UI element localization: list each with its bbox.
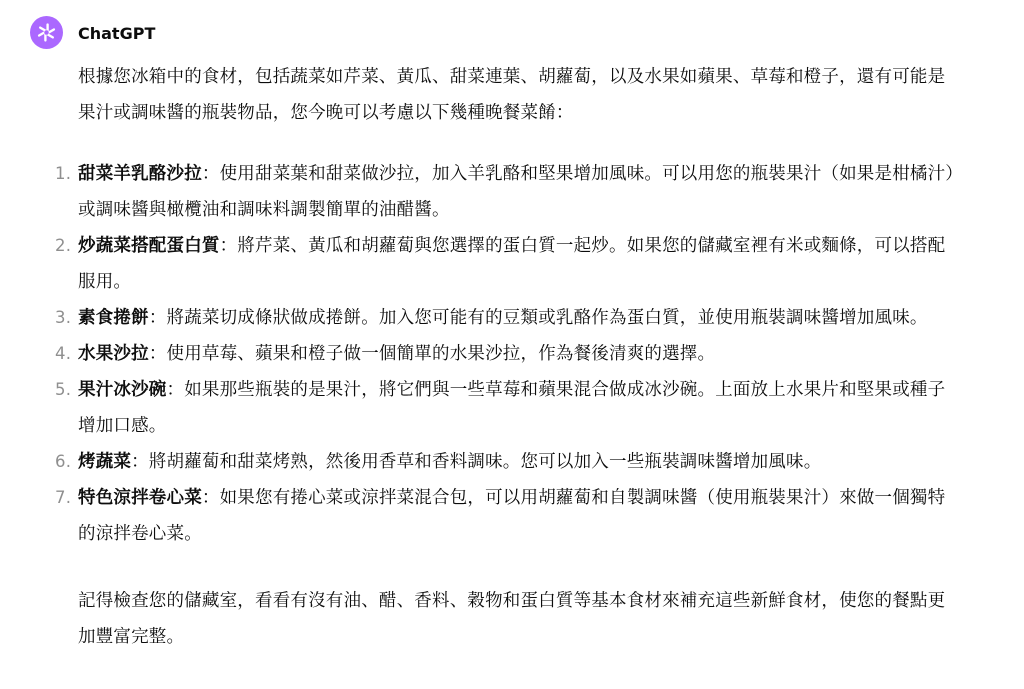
item-body: ：使用甜菜葉和甜菜做沙拉，加入羊乳酪和堅果增加風味。可以用您的瓶裝果汁（如果是柑… xyxy=(78,164,954,220)
item-title: 炒蔬菜搭配蛋白質 xyxy=(78,236,220,256)
list-item: 2.炒蔬菜搭配蛋白質：將芹菜、黃瓜和胡蘿蔔與您選擇的蛋白質一起炒。如果您的儲藏室… xyxy=(78,228,956,300)
item-title: 甜菜羊乳酪沙拉 xyxy=(78,164,202,184)
list-number: 5. xyxy=(55,372,71,408)
list-item: 4.水果沙拉：使用草莓、蘋果和橙子做一個簡單的水果沙拉，作為餐後清爽的選擇。 xyxy=(78,336,956,372)
closing-paragraph: 記得檢查您的儲藏室，看看有沒有油、醋、香料、穀物和蛋白質等基本食材來補充這些新鮮… xyxy=(78,583,956,655)
list-number: 3. xyxy=(55,300,71,336)
item-body: ：如果您有捲心菜或涼拌菜混合包，可以用胡蘿蔔和自製調味醬（使用瓶裝果汁）來做一個… xyxy=(78,488,945,544)
list-item: 1.甜菜羊乳酪沙拉：使用甜菜葉和甜菜做沙拉，加入羊乳酪和堅果增加風味。可以用您的… xyxy=(78,156,956,228)
list-item: 3.素食捲餅：將蔬菜切成條狀做成捲餅。加入您可能有的豆類或乳酪作為蛋白質，並使用… xyxy=(78,300,956,336)
item-title: 烤蔬菜 xyxy=(78,452,131,472)
list-number: 7. xyxy=(55,480,71,516)
item-body: ：將蔬菜切成條狀做成捲餅。加入您可能有的豆類或乳酪作為蛋白質，並使用瓶裝調味醬增… xyxy=(149,308,928,328)
intro-paragraph: 根據您冰箱中的食材，包括蔬菜如芹菜、黃瓜、甜菜連葉、胡蘿蔔，以及水果如蘋果、草莓… xyxy=(78,59,956,131)
suggestion-list: 1.甜菜羊乳酪沙拉：使用甜菜葉和甜菜做沙拉，加入羊乳酪和堅果增加風味。可以用您的… xyxy=(78,156,956,552)
sender-name: ChatGPT xyxy=(78,17,956,50)
item-title: 水果沙拉 xyxy=(78,344,149,364)
list-number: 1. xyxy=(55,156,71,192)
list-item: 6.烤蔬菜：將胡蘿蔔和甜菜烤熟，然後用香草和香料調味。您可以加入一些瓶裝調味醬增… xyxy=(78,444,956,480)
list-item: 7.特色涼拌卷心菜：如果您有捲心菜或涼拌菜混合包，可以用胡蘿蔔和自製調味醬（使用… xyxy=(78,480,956,552)
item-body: ：使用草莓、蘋果和橙子做一個簡單的水果沙拉，作為餐後清爽的選擇。 xyxy=(149,344,715,364)
item-title: 素食捲餅 xyxy=(78,308,149,328)
openai-logo-icon xyxy=(36,22,57,43)
list-number: 6. xyxy=(55,444,71,480)
chatgpt-avatar xyxy=(30,16,63,49)
item-body: ：如果那些瓶裝的是果汁，將它們與一些草莓和蘋果混合做成冰沙碗。上面放上水果片和堅… xyxy=(78,380,945,436)
list-item: 5.果汁冰沙碗：如果那些瓶裝的是果汁，將它們與一些草莓和蘋果混合做成冰沙碗。上面… xyxy=(78,372,956,444)
assistant-message: ChatGPT 根據您冰箱中的食材，包括蔬菜如芹菜、黃瓜、甜菜連葉、胡蘿蔔，以及… xyxy=(0,0,1024,655)
list-number: 4. xyxy=(55,336,71,372)
list-number: 2. xyxy=(55,228,71,264)
item-title: 特色涼拌卷心菜 xyxy=(78,488,202,508)
item-title: 果汁冰沙碗 xyxy=(78,380,167,400)
item-body: ：將胡蘿蔔和甜菜烤熟，然後用香草和香料調味。您可以加入一些瓶裝調味醬增加風味。 xyxy=(131,452,821,472)
